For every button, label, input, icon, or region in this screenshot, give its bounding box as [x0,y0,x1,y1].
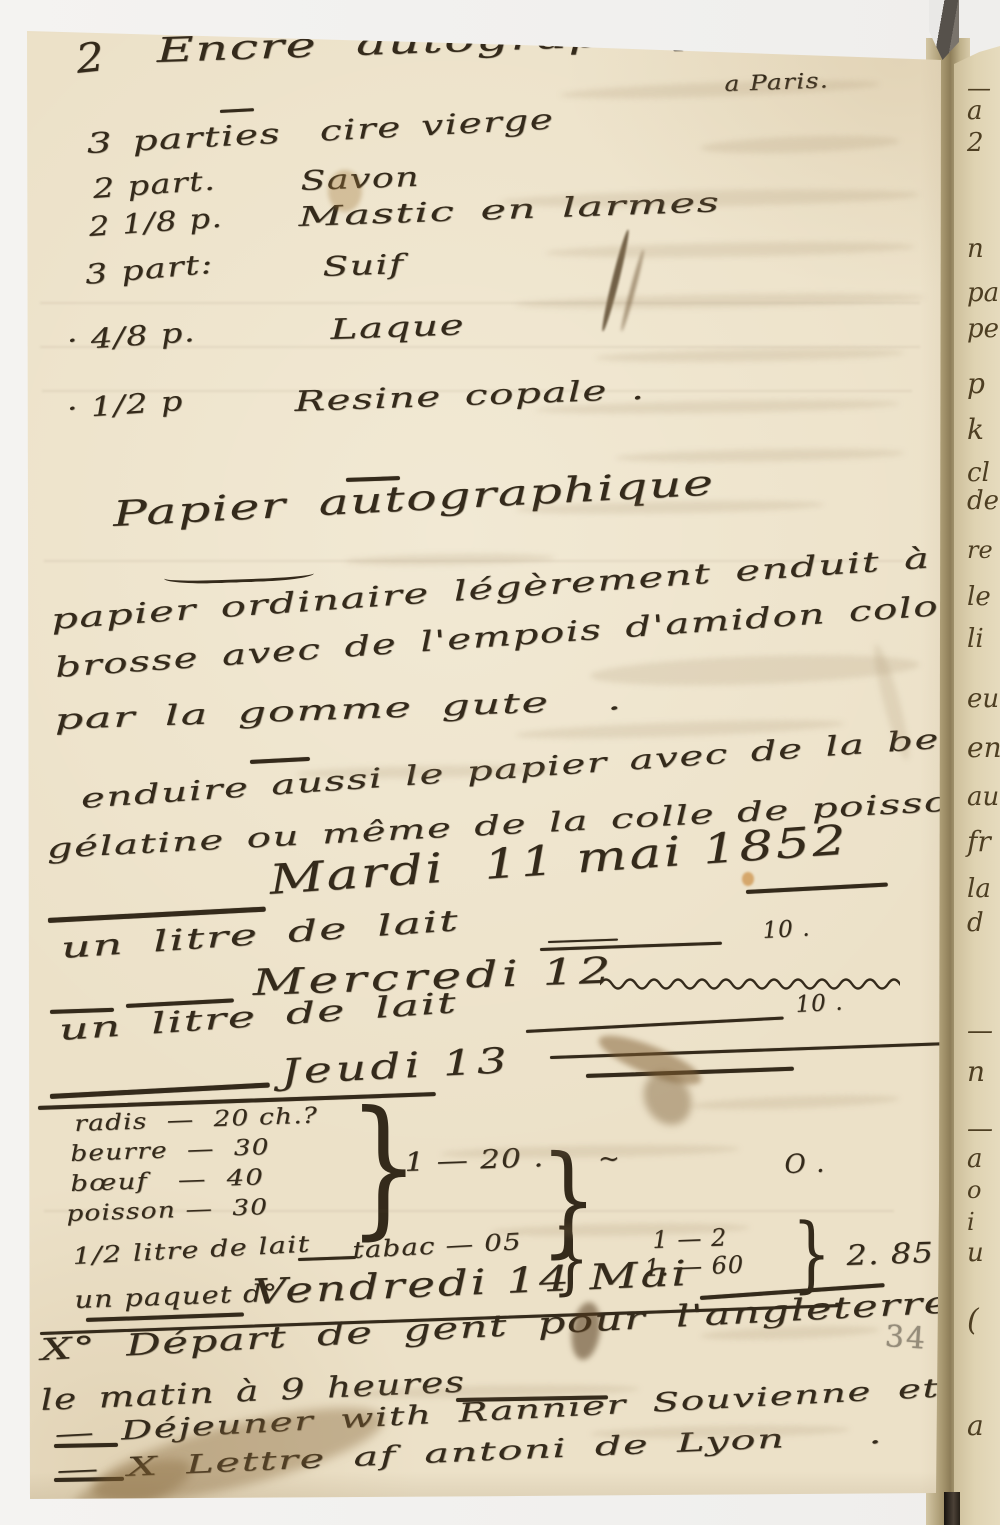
ghost-8 [615,447,905,464]
para1-line3: par la gomme gute . [54,686,623,734]
next-page-text-fragment: — [967,1116,993,1142]
title-underline-dash [220,108,254,113]
scanned-photo: —a2npapepkclderelelieuenaufrlad—n—aoiu(a… [0,0,1000,1525]
next-page-text-fragment: k [967,416,984,444]
next-page-sliver: —a2npapepkclderelelieuenaufrlad—n—aoiu(a [954,0,1000,1525]
expense-brace-1: } [348,1096,420,1239]
manuscript-page: 2Encre autographique de Mantouxa Paris.3… [0,0,1000,1525]
recipe-row-4-item: Suif [322,251,405,281]
recipe-row-6-qty: · 1/2 p [66,388,184,423]
orange-speck [742,872,754,886]
next-page-text-fragment: pa [967,280,999,306]
zero-mark: O . [784,1151,826,1178]
header-title: Encre autographique de Mantoux [156,0,1000,68]
milk1-fill-dash-2 [548,939,618,943]
next-page-text-fragment: pe [967,316,999,342]
recipe-row-2-qty: 2 part. [92,167,217,203]
crease-3 [42,390,912,392]
ghost-15 [690,1093,900,1112]
next-page-text-fragment: 2 [967,130,984,156]
crease-4 [44,560,904,562]
header-index: 2 [74,37,107,80]
next-page-text-fragment: de [967,488,999,514]
next-page-text-fragment: a [967,1146,983,1172]
page-number-pencil: 34 [884,1322,928,1355]
next-page-text-fragment: i [967,1210,975,1234]
dejeuner-leading-dash [54,1443,118,1448]
next-page-text-fragment: a [967,1412,984,1440]
next-page-text-fragment: n [967,236,984,262]
next-page-text-fragment: eu [967,686,999,712]
milk1-fill-dash [540,942,722,951]
half-litre-line: 1/2 litre de lait [72,1234,311,1269]
next-page-text-fragment: au [967,784,999,810]
recipe-row-5-qty: · 4/8 p. [66,319,196,355]
expense-row-boeuf: bœuf — 40 [70,1167,265,1196]
recipe-row-5-item: Laque [330,311,465,344]
next-page-text-fragment: cl [967,460,990,486]
ghost-6 [595,347,905,364]
next-page-text-fragment: la [967,876,991,902]
ghost-1 [560,77,880,102]
total-amount: 2. 85 [846,1239,935,1270]
next-page-text-fragment: n [967,1058,985,1086]
jeudi-leading-dash [50,1082,270,1099]
next-page-text-fragment: a [967,98,983,124]
paquet-line: un paquet d° [74,1281,279,1312]
milk2-fill-dash [526,1016,784,1032]
crease-1 [40,302,920,304]
recipe-row-4-qty: 3 part: [84,251,215,289]
crease-2 [40,346,920,348]
section-title: Papier autographique [112,466,715,532]
next-page-text-fragment: li [967,626,984,652]
next-page-text-fragment: u [967,1240,984,1266]
recipe-row-1: 3 parties cire vierge [86,105,555,157]
mardi-trailing-dash [746,883,888,894]
crease-5 [44,1210,894,1212]
binding-thread-bottom [944,1492,960,1525]
stain-spot [328,170,362,212]
expense-row-radis: radis — 20 ch.? [74,1105,319,1135]
next-page-text-fragment: ( [967,1306,979,1336]
mercredi-squiggle [600,976,900,996]
next-page-text-fragment: p [967,370,985,398]
ghost-5 [515,291,925,311]
separator-dash-2 [250,757,310,764]
expense-row-beurre: beurre — 30 [70,1137,270,1166]
papier-underline-curve [164,567,314,585]
ghost-4 [545,240,915,260]
next-page-text-fragment: en [967,734,1000,762]
vendredi-leading-dash [86,1312,244,1322]
total-brace-4: } [792,1216,831,1294]
next-page-text-fragment: d [967,910,984,936]
recipe-row-3-qty: 2 1/8 p. [88,205,224,241]
next-page-text-fragment: le [967,584,991,610]
next-page-text-fragment: — [967,1018,993,1044]
next-page-text-fragment: re [967,538,993,562]
milk-price-1: 10 . [762,917,811,942]
next-page-text-fragment: fr [967,828,991,856]
ghost-12 [590,650,921,689]
ghost-2 [700,133,900,156]
next-page-text-fragment: o [967,1178,981,1202]
